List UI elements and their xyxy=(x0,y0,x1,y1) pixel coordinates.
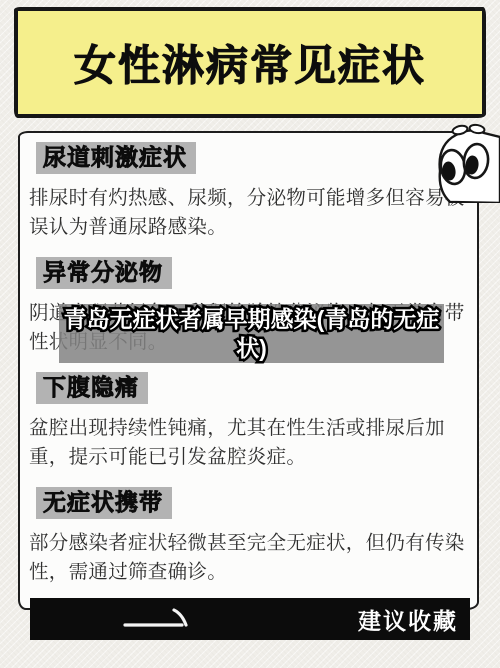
section-asymptomatic-carrier: 无症状携带 部分感染者症状轻微甚至完全无症状，但仍有传染性，需通过筛查确诊。 xyxy=(29,487,473,587)
peeking-eyes-icon xyxy=(430,123,500,203)
section-heading: 下腹隐痛 xyxy=(36,372,148,404)
section-body: 排尿时有灼热感、尿频，分泌物可能增多但容易被误认为普通尿路感染。 xyxy=(29,184,469,242)
section-heading: 异常分泌物 xyxy=(36,257,172,289)
watermark-overlay: 青岛无症状者属早期感染(青岛的无症状) xyxy=(59,304,444,363)
title-banner: 女性淋病常见症状 xyxy=(14,7,486,118)
section-lower-abdominal-pain: 下腹隐痛 盆腔出现持续性钝痛，尤其在性生活或排尿后加重，提示可能已引发盆腔炎症。 xyxy=(29,372,473,472)
footer-banner: 建议收藏 xyxy=(30,598,470,640)
watermark-text: 青岛无症状者属早期感染(青岛的无症状) xyxy=(59,305,444,363)
arrow-doodle-icon xyxy=(122,605,194,633)
poster-title: 女性淋病常见症状 xyxy=(74,33,426,93)
poster-root: 女性淋病常见症状 尿道刺激症状 排尿时有灼热感、尿频，分泌物可能增多但容易被误认… xyxy=(0,0,500,668)
footer-label: 建议收藏 xyxy=(358,603,470,636)
content-card: 尿道刺激症状 排尿时有灼热感、尿频，分泌物可能增多但容易被误认为普通尿路感染。 … xyxy=(18,131,479,610)
section-body: 部分感染者症状轻微甚至完全无症状，但仍有传染性，需通过筛查确诊。 xyxy=(29,529,469,587)
section-body: 盆腔出现持续性钝痛，尤其在性生活或排尿后加重，提示可能已引发盆腔炎症。 xyxy=(29,414,469,472)
section-urethral-irritation: 尿道刺激症状 排尿时有灼热感、尿频，分泌物可能增多但容易被误认为普通尿路感染。 xyxy=(29,142,473,242)
section-heading: 无症状携带 xyxy=(36,487,172,519)
section-heading: 尿道刺激症状 xyxy=(36,142,196,174)
